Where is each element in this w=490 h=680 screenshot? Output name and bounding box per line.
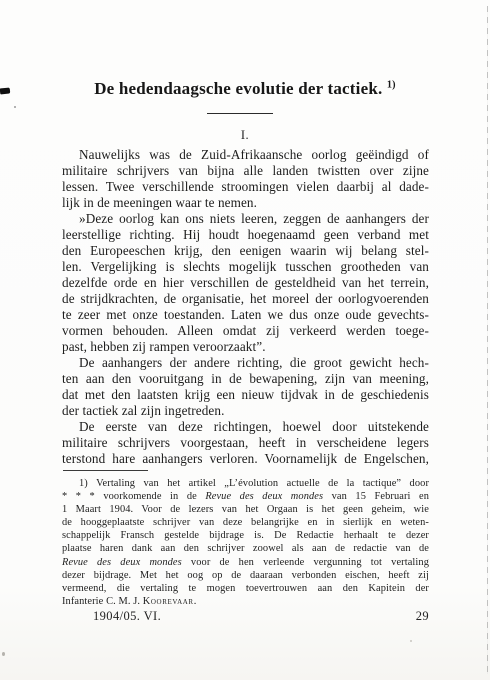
scan-speck: [2, 652, 5, 656]
text-line: militaire schrijvers voorgestaan, heeft …: [62, 435, 429, 451]
text-line: len. Vergelijking is slechts mogelijk tu…: [62, 259, 429, 275]
footnote-line: Infanterie C. M. J. Koorevaar.: [62, 595, 429, 608]
page-footer: 1904/05. VI. 29: [62, 609, 429, 624]
text-line: terstond hare aanhangers verloren. Voorn…: [62, 451, 429, 467]
text-line: de strijdkrachten, de organisatie, het m…: [62, 291, 429, 307]
body-text: Nauwelijks was de Zuid-Afrikaansche oorl…: [62, 147, 429, 467]
journal-volume: 1904/05. VI.: [93, 609, 161, 624]
text-line: »Deze oorlog kan ons niets leeren, zegge…: [62, 211, 429, 227]
paragraph-3: De aanhangers der andere richting, die g…: [62, 355, 429, 419]
text-line: past, hebben zij rampen veroorzaakt”.: [62, 339, 429, 355]
text-line: De eerste van deze richtingen, hoewel do…: [62, 419, 429, 435]
scanned-book-page: De hedendaagsche evolutie der tactiek. 1…: [0, 0, 490, 680]
journal-title: Revue des deux mondes: [62, 557, 182, 568]
journal-title: Revue des deux mondes: [205, 491, 323, 502]
paragraph-4: De eerste van deze richtingen, hoewel do…: [62, 419, 429, 467]
paragraph-2: »Deze oorlog kan ons niets leeren, zegge…: [62, 211, 429, 355]
page-edge-artifact: [487, 6, 488, 674]
footnote-divider: [63, 470, 148, 471]
scan-speck: [410, 640, 412, 642]
title-divider: [207, 113, 273, 114]
text-line: ten aan den vooruitgang in de bewapening…: [62, 371, 429, 387]
text-line: lessen. Twee verschillende stroomingen v…: [62, 179, 429, 195]
footnote-line: plaatse haren dank aan den schrijver zoo…: [62, 542, 429, 555]
footnote-text: voor de hen verleende vergunning tot ver…: [182, 557, 429, 568]
footnote-line: 1 Maart 1904. Voor de lezers van het Org…: [62, 503, 429, 516]
text-line: dezelfde orde en hier verschillen de ges…: [62, 275, 429, 291]
title-footnote-ref: 1): [387, 79, 396, 90]
text-line: dat met den laatsten krijg een nieuw tij…: [62, 387, 429, 403]
text-line: vormen behouden. Alleen omdat zij verkee…: [62, 323, 429, 339]
text-line: militaire schrijvers van bijna alle land…: [62, 163, 429, 179]
footnote-text: .: [194, 596, 197, 607]
scan-speck: [14, 106, 16, 108]
footnote-line: vermeend, die vertaling te mogen toevert…: [62, 582, 429, 595]
text-line: Nauwelijks was de Zuid-Afrikaansche oorl…: [62, 147, 429, 163]
footnote-text: van 15 Februari en: [323, 491, 429, 502]
footnote-line: 1) Vertaling van het artikel „L’évolutio…: [62, 477, 429, 490]
page-title: De hedendaagsche evolutie der tactiek. 1…: [0, 79, 490, 99]
page-title-text: De hedendaagsche evolutie der tactiek.: [94, 79, 382, 98]
footnote-line: Revue des deux mondes voor de hen verlee…: [62, 556, 429, 569]
paragraph-1: Nauwelijks was de Zuid-Afrikaansche oorl…: [62, 147, 429, 211]
section-heading: I.: [0, 128, 490, 143]
footnote-line: * * * voorkomende in de Revue des deux m…: [62, 490, 429, 503]
footnote-text: * * * voorkomende in de: [62, 491, 205, 502]
text-line: De aanhangers der andere richting, die g…: [62, 355, 429, 371]
text-line: leerstellige richting. Hij houdt hoegena…: [62, 227, 429, 243]
footnote-line: schappelijk Fransch gestelde bijdrage is…: [62, 529, 429, 542]
footnote: 1) Vertaling van het artikel „L’évolutio…: [62, 477, 429, 608]
footnote-text: Infanterie C. M. J.: [62, 596, 143, 607]
translator-name: Koorevaar: [143, 596, 194, 607]
text-line: te zeer met onze toestanden. Laten we du…: [62, 307, 429, 323]
text-line: der tactiek zal zijn ingetreden.: [62, 403, 429, 419]
text-line: lijk in de meeningen waar te nemen.: [62, 195, 429, 211]
footnote-line: de hooggeplaatste schrijver van deze bel…: [62, 516, 429, 529]
text-line: den Europeeschen krijg, den eenigen waar…: [62, 243, 429, 259]
footnote-line: dezer bijdrage. Met het oog op de daaraa…: [62, 569, 429, 582]
page-number: 29: [416, 609, 429, 624]
